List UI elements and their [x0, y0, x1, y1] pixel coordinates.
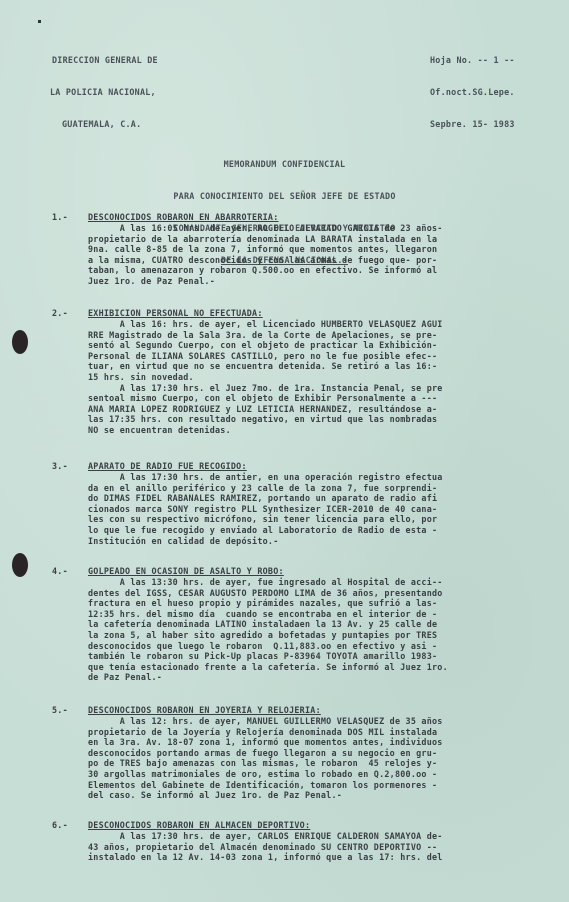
item-body: A las 16: hrs. de ayer, el Licenciado HU… [88, 319, 443, 436]
body-line: propietario de la abarrotería denominada… [88, 234, 443, 245]
body-line: A las 16:05 hrs. de ayer, ROGELIO ALVARA… [88, 223, 443, 234]
body-line: A las 17:30 hrs. de antier, en una opera… [88, 472, 443, 483]
header-left-line: DIRECCION GENERAL DE [52, 55, 158, 66]
body-line: instalado en la 12 Av. 14-03 zona 1, inf… [88, 852, 443, 863]
body-line: que tenía estacionado frente a la cafete… [88, 662, 448, 673]
body-line: cionados marca SONY registro PLL Synthes… [88, 504, 443, 515]
report-item: 6.- DESCONOCIDOS ROBARON EN ALMACEN DEPO… [52, 820, 552, 873]
body-line: lo que le fue recogido y enviado al Labo… [88, 525, 443, 536]
report-item: 4.- GOLPEADO EN OCASION DE ASALTO Y ROBO… [52, 566, 552, 619]
body-line: Juez 1ro. de Paz Penal.- [88, 276, 443, 287]
item-body: A las 17:30 hrs. de ayer, CARLOS ENRIQUE… [88, 831, 443, 863]
body-line: 43 años, propietario del Almacén denomin… [88, 842, 443, 853]
body-line: tuar, en virtud que no se encuentra dete… [88, 361, 443, 372]
punch-hole [12, 330, 28, 354]
body-line: ANA MARIA LOPEZ RODRIGUEZ y LUZ LETICIA … [88, 404, 443, 415]
body-line: desconocidos portando armas de fuego lle… [88, 748, 443, 759]
body-line: 12:35 hrs. del mismo día cuando se encon… [88, 609, 448, 620]
report-item: 1.- DESCONOCIDOS ROBARON EN ABARROTERIA:… [52, 212, 552, 265]
item-number: 1.- [52, 212, 68, 223]
body-line: en la 3ra. Av. 18-07 zona 1, informó que… [88, 737, 443, 748]
body-line: del caso. Se informó al Juez 1ro. de Paz… [88, 790, 443, 801]
body-line: A las 13:30 hrs. de ayer, fue ingresado … [88, 577, 448, 588]
body-line: po de TRES bajo amenazas con las mismas,… [88, 758, 443, 769]
ink-speck [38, 20, 41, 23]
item-body: A las 16:05 hrs. de ayer, ROGELIO ALVARA… [88, 223, 443, 287]
item-number: 3.- [52, 461, 68, 472]
body-line: A las 17:30 hrs. el Juez 7mo. de 1ra. In… [88, 383, 443, 394]
body-line: RRE Magistrado de la Sala 3ra. de la Cor… [88, 330, 443, 341]
header-left-line: GUATEMALA, C.A. [62, 119, 158, 130]
item-title: APARATO DE RADIO FUE RECOGIDO: [88, 461, 247, 472]
item-number: 4.- [52, 566, 68, 577]
body-line: A las 16: hrs. de ayer, el Licenciado HU… [88, 319, 443, 330]
sheet-number: Hoja No. -- 1 -- [430, 55, 515, 66]
memo-heading-line: MEMORANDUM CONFIDENCIAL [0, 159, 569, 170]
body-line: fractura en el hueso propio y pirámides … [88, 598, 448, 609]
body-line: a la misma, CUATRO desconocidos y con la… [88, 255, 443, 266]
body-line: la cafetería denominada LATINO instalada… [88, 619, 448, 630]
body-line: da en el anillo periférico y 23 calle de… [88, 483, 443, 494]
body-line: sentoal mismo Cuerpo, con el objeto de E… [88, 393, 443, 404]
body-line: A las 12: hrs. de ayer, MANUEL GUILLERMO… [88, 716, 443, 727]
body-line: do DIMAS FIDEL RABANALES RAMIREZ, portan… [88, 493, 443, 504]
item-body: A las 17:30 hrs. de antier, en una opera… [88, 472, 443, 546]
issuing-office-header: DIRECCION GENERAL DE LA POLICIA NACIONAL… [52, 34, 158, 151]
document-page: DIRECCION GENERAL DE LA POLICIA NACIONAL… [0, 0, 569, 902]
body-line: de Paz Penal.- [88, 672, 448, 683]
item-number: 6.- [52, 820, 68, 831]
body-line: la zona 5, al haber sito agredido a bofe… [88, 630, 448, 641]
body-line: les con su respectivo micrófono, sin ten… [88, 514, 443, 525]
header-left-line: LA POLICIA NACIONAL, [50, 87, 158, 98]
item-title: DESCONOCIDOS ROBARON EN ABARROTERIA: [88, 212, 279, 223]
body-line: NO se encuentran detenidas. [88, 425, 443, 436]
body-line: las 17:35 hrs. con resultado negativo, e… [88, 414, 443, 425]
item-title: EXHIBICION PERSONAL NO EFECTUADA: [88, 308, 263, 319]
report-item: 2.- EXHIBICION PERSONAL NO EFECTUADA: A … [52, 308, 552, 361]
body-line: Personal de ILIANA SOLARES CASTILLO, per… [88, 351, 443, 362]
memo-heading-line: PARA CONOCIMIENTO DEL SEÑOR JEFE DE ESTA… [0, 191, 569, 202]
body-line: taban, lo amenazaron y robaron Q.500.oo … [88, 265, 443, 276]
body-line: propietario de la Joyería y Relojería de… [88, 727, 443, 738]
body-line: también le robaron su Pick-Up placas P-8… [88, 651, 448, 662]
item-title: DESCONOCIDOS ROBARON EN JOYERIA Y RELOJE… [88, 705, 321, 716]
report-item: 5.- DESCONOCIDOS ROBARON EN JOYERIA Y RE… [52, 705, 552, 758]
body-line: 15 hrs. sin novedad. [88, 372, 443, 383]
body-line: 30 argollas matrimoniales de oro, estima… [88, 769, 443, 780]
body-line: 9na. calle 8-85 de la zona 7, informó qu… [88, 244, 443, 255]
body-line: Institución en calidad de depósito.- [88, 536, 443, 547]
office-reference: Of.noct.SG.Lepe. [430, 87, 515, 98]
item-body: A las 12: hrs. de ayer, MANUEL GUILLERMO… [88, 716, 443, 801]
punch-hole [12, 553, 28, 577]
item-number: 2.- [52, 308, 68, 319]
item-title: DESCONOCIDOS ROBARON EN ALMACEN DEPORTIV… [88, 820, 310, 831]
item-title: GOLPEADO EN OCASION DE ASALTO Y ROBO: [88, 566, 284, 577]
body-line: A las 17:30 hrs. de ayer, CARLOS ENRIQUE… [88, 831, 443, 842]
item-number: 5.- [52, 705, 68, 716]
report-item: 3.- APARATO DE RADIO FUE RECOGIDO: A las… [52, 461, 552, 514]
body-line: Elementos del Gabinete de Identificación… [88, 780, 443, 791]
item-body: A las 13:30 hrs. de ayer, fue ingresado … [88, 577, 448, 683]
body-line: desconocidos que luego le robaron Q.11,8… [88, 641, 448, 652]
body-line: sentó al Segundo Cuerpo, con el objeto d… [88, 340, 443, 351]
document-date: Sepbre. 15- 1983 [430, 119, 515, 130]
body-line: dentes del IGSS, CESAR AUGUSTO PERDOMO L… [88, 588, 448, 599]
sheet-reference-header: Hoja No. -- 1 -- Of.noct.SG.Lepe. Sepbre… [430, 34, 515, 151]
